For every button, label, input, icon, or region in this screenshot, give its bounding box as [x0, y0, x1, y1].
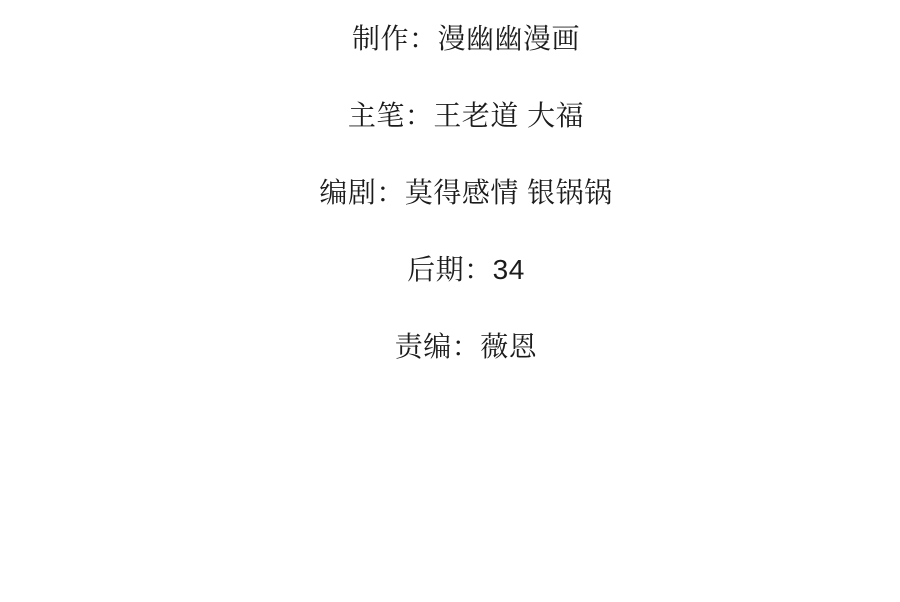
credit-line-production: 制作：漫幽幽漫画 — [16, 0, 900, 77]
credit-line-editor: 责编：薇恩 — [16, 308, 900, 385]
credit-line-lead-artist: 主笔：王老道 大福 — [16, 77, 900, 154]
credit-line-post-production: 后期：34 — [16, 231, 900, 308]
credits-panel: 制作：漫幽幽漫画 主笔：王老道 大福 编剧：莫得感情 银锅锅 后期：34 责编：… — [16, 0, 900, 385]
credit-line-screenwriter: 编剧：莫得感情 银锅锅 — [16, 154, 900, 231]
